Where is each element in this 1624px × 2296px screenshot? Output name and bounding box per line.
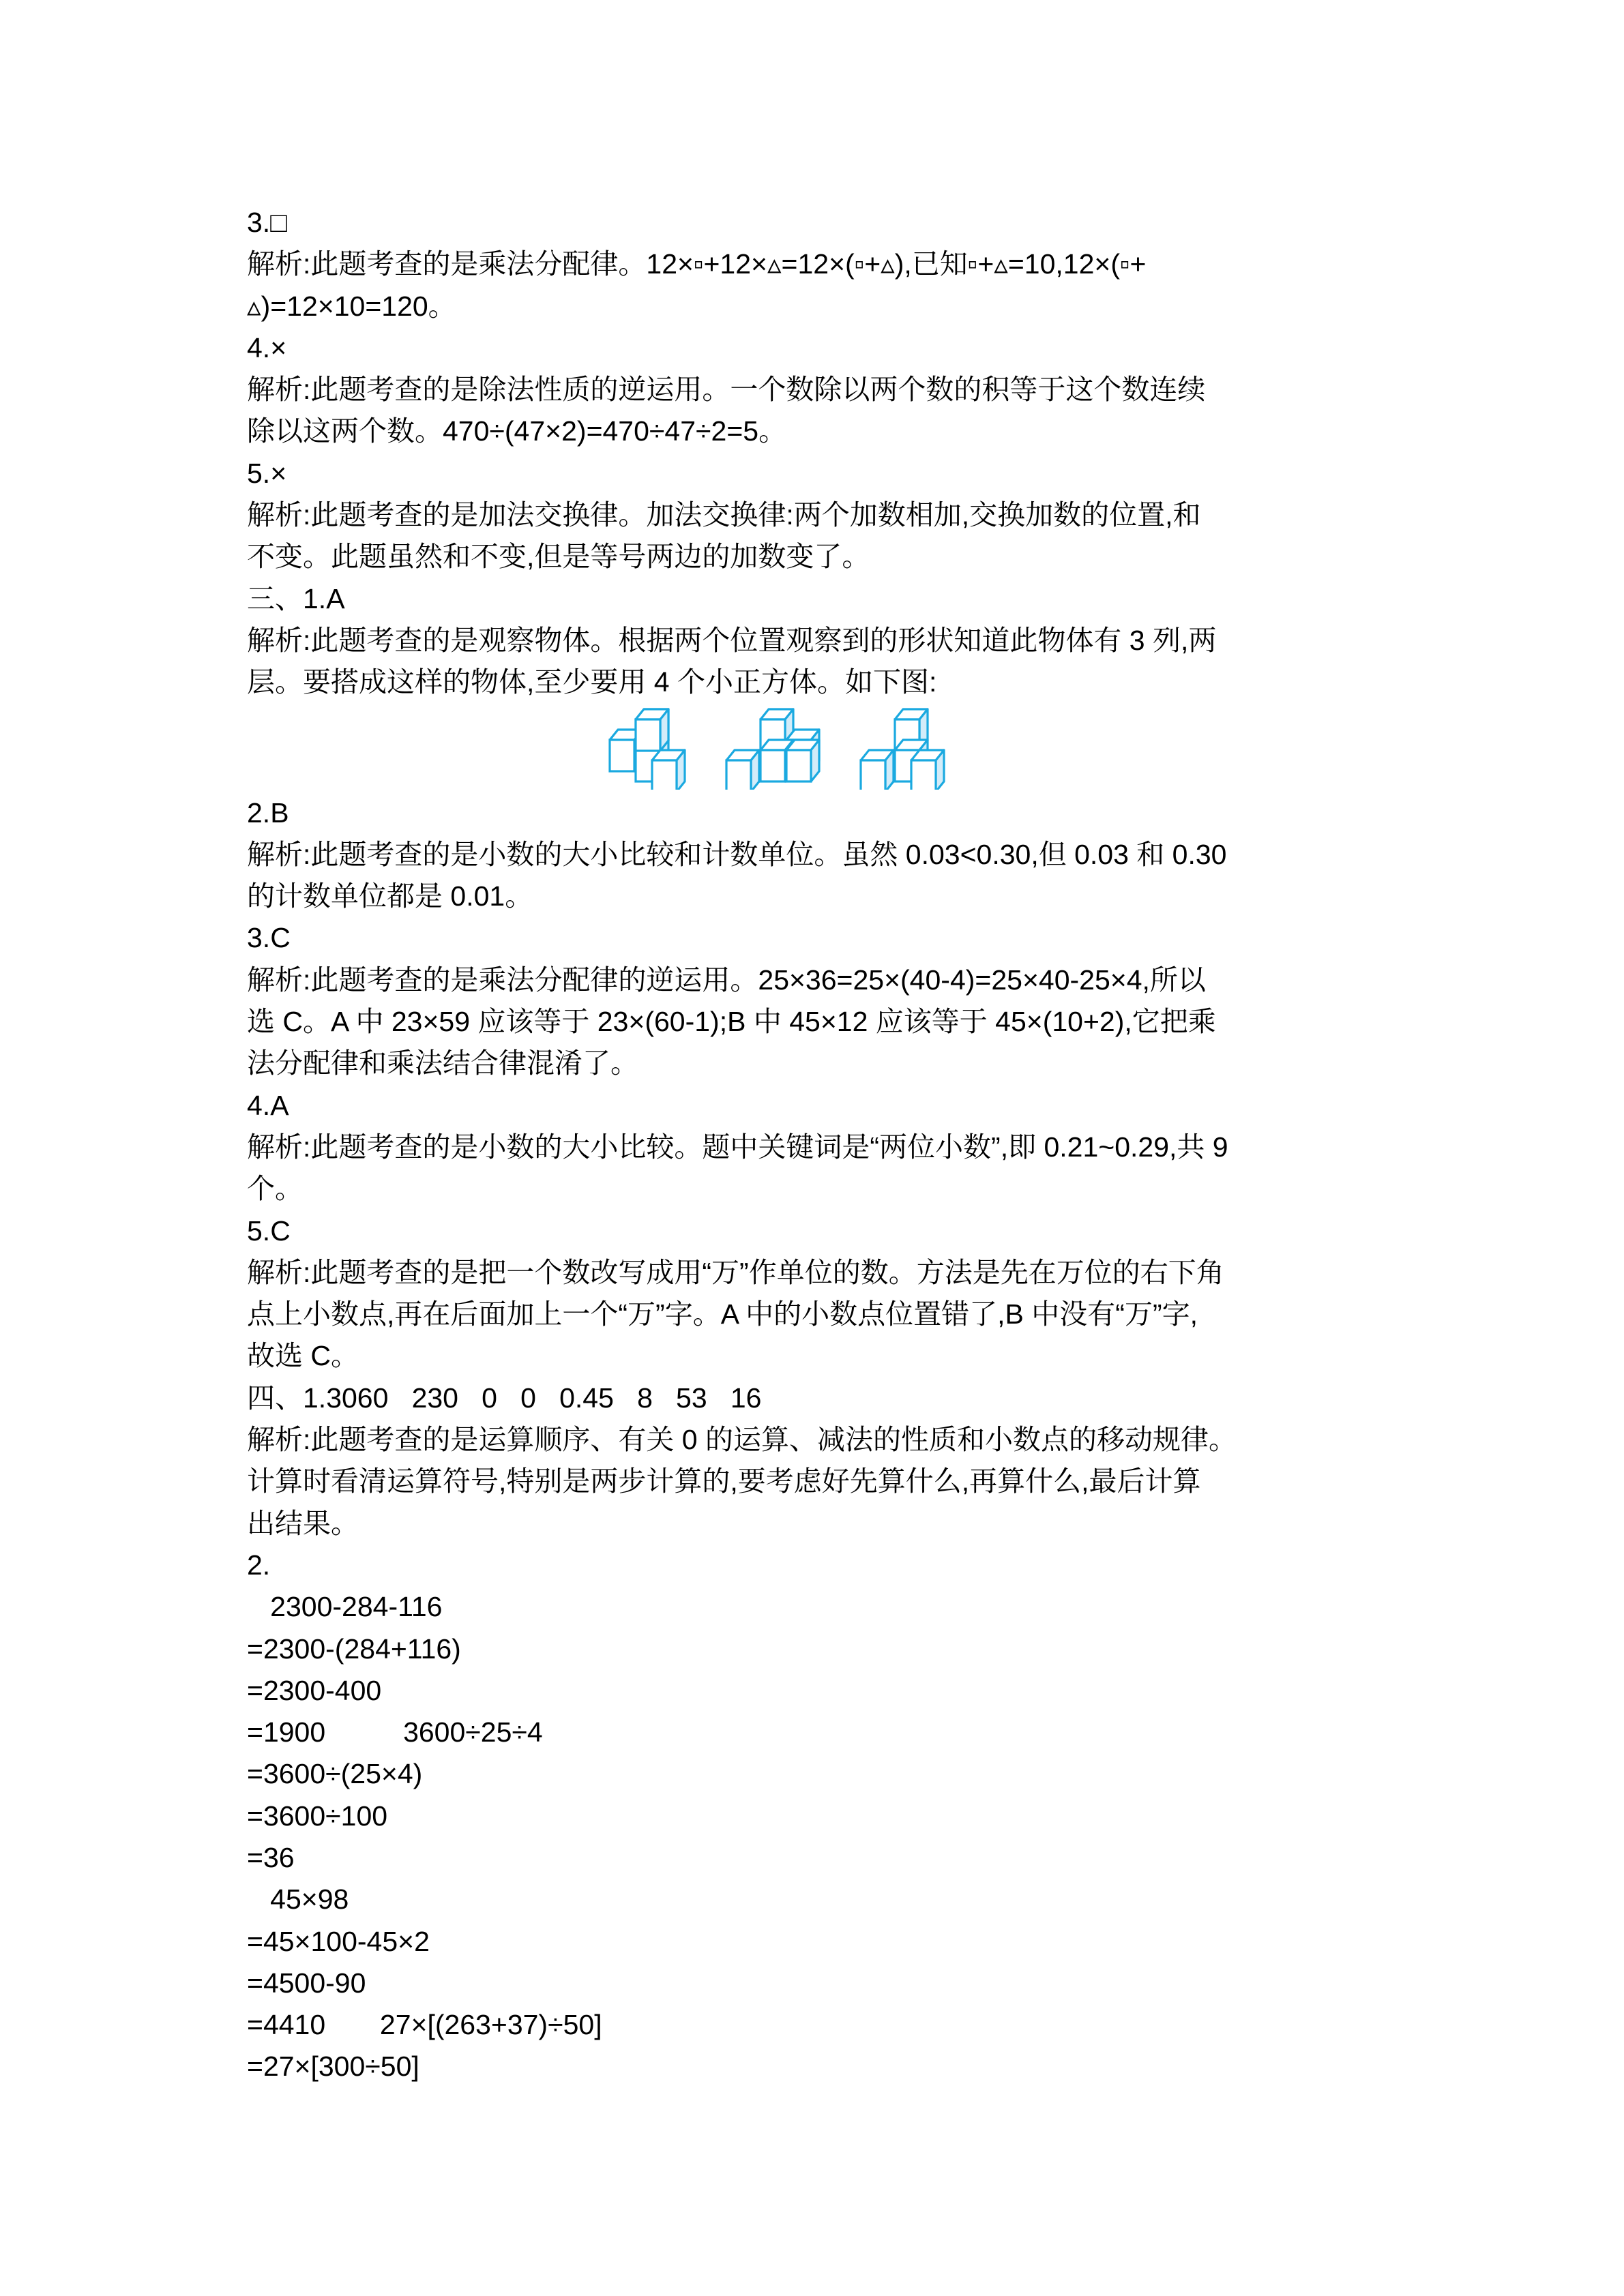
explanation-s3-3-line-1: 解析:此题考查的是乘法分配律的逆运用。25×36=25×(40-4)=25×40…	[247, 959, 1393, 1001]
answer-4-heading: 4.×	[247, 327, 1393, 369]
answer-3-heading: 3.□	[247, 202, 1393, 243]
answer-key-page: 3.□ 解析:此题考查的是乘法分配律。12×▫+12×▵=12×(▫+▵),已知…	[247, 202, 1393, 2088]
section-3-answer-4-heading: 4.A	[247, 1085, 1393, 1127]
calc-line: =3600÷(25×4)	[247, 1753, 1393, 1795]
section-4-answer-1: 四、1.3060 230 0 0 0.45 8 53 16	[247, 1377, 1393, 1419]
explanation-s3-3-line-3: 法分配律和乘法结合律混淆了。	[247, 1043, 1393, 1084]
calc-line: =4410 27×[(263+37)÷50]	[247, 2004, 1393, 2046]
explanation-s3-4-line-1: 解析:此题考查的是小数的大小比较。题中关键词是“两位小数”,即 0.21~0.2…	[247, 1127, 1393, 1168]
explanation-s3-5-line-3: 故选 C。	[247, 1335, 1393, 1377]
explanation-s3-3-line-2: 选 C。A 中 23×59 应该等于 23×(60-1);B 中 45×12 应…	[247, 1001, 1393, 1043]
cube-arrangements-illustration	[605, 701, 946, 790]
cube-arrangement-3	[861, 709, 944, 790]
explanation-s4-1-line-2: 计算时看清运算符号,特别是两步计算的,要考虑好先算什么,再算什么,最后计算	[247, 1461, 1393, 1502]
calc-line: =45×100-45×2	[247, 1921, 1393, 1963]
section-4-answer-2-heading: 2.	[247, 1545, 1393, 1586]
explanation-s4-1-line-3: 出结果。	[247, 1503, 1393, 1545]
explanation-s3-5-line-2: 点上小数点,再在后面加上一个“万”字。A 中的小数点位置错了,B 中没有“万”字…	[247, 1294, 1393, 1335]
calc-line: =3600÷100	[247, 1795, 1393, 1837]
explanation-s3-2-line-1: 解析:此题考查的是小数的大小比较和计数单位。虽然 0.03<0.30,但 0.0…	[247, 834, 1393, 876]
cube-arrangement-1	[610, 709, 685, 790]
calc-line: 45×98	[247, 1879, 1393, 1920]
explanation-s4-1-line-1: 解析:此题考查的是运算顺序、有关 0 的运算、减法的性质和小数点的移动规律。	[247, 1419, 1393, 1461]
calc-line: =36	[247, 1837, 1393, 1879]
explanation-s3-4-line-2: 个。	[247, 1168, 1393, 1210]
calc-line: =27×[300÷50]	[247, 2046, 1393, 2087]
section-3-answer-5-heading: 5.C	[247, 1210, 1393, 1252]
calc-line: =2300-400	[247, 1670, 1393, 1712]
calc-line: =2300-(284+116)	[247, 1628, 1393, 1670]
section-part-1: 3.□ 解析:此题考查的是乘法分配律。12×▫+12×▵=12×(▫+▵),已知…	[247, 202, 1393, 704]
explanation-3-line-2: ▵)=12×10=120。	[247, 286, 1393, 327]
calc-line: 2300-284-116	[247, 1586, 1393, 1628]
explanation-s3-1-line-2: 层。要搭成这样的物体,至少要用 4 个小正方体。如下图:	[247, 661, 1393, 703]
section-3-answer-3-heading: 3.C	[247, 917, 1393, 959]
explanation-4-line-1: 解析:此题考查的是除法性质的逆运用。一个数除以两个数的积等于这个数连续	[247, 369, 1393, 411]
cube-arrangement-2	[726, 709, 819, 790]
explanation-3-line-1: 解析:此题考查的是乘法分配律。12×▫+12×▵=12×(▫+▵),已知▫+▵=…	[247, 243, 1393, 285]
section-3-answer-1-heading: 三、1.A	[247, 578, 1393, 620]
explanation-s3-2-line-2: 的计数单位都是 0.01。	[247, 876, 1393, 917]
answer-5-heading: 5.×	[247, 453, 1393, 494]
section-3-answer-2-heading: 2.B	[247, 792, 1393, 834]
explanation-5-line-1: 解析:此题考查的是加法交换律。加法交换律:两个加数相加,交换加数的位置,和	[247, 494, 1393, 536]
explanation-5-line-2: 不变。此题虽然和不变,但是等号两边的加数变了。	[247, 536, 1393, 578]
calc-line: =4500-90	[247, 1963, 1393, 2004]
explanation-s3-1-line-1: 解析:此题考查的是观察物体。根据两个位置观察到的形状知道此物体有 3 列,两	[247, 620, 1393, 661]
section-part-2: 2.B 解析:此题考查的是小数的大小比较和计数单位。虽然 0.03<0.30,但…	[247, 792, 1393, 2088]
explanation-4-line-2: 除以这两个数。470÷(47×2)=470÷47÷2=5。	[247, 411, 1393, 452]
cube-figure	[247, 704, 1393, 792]
explanation-s3-5-line-1: 解析:此题考查的是把一个数改写成用“万”作单位的数。方法是先在万位的右下角	[247, 1252, 1393, 1294]
calc-line: =1900 3600÷25÷4	[247, 1712, 1393, 1753]
